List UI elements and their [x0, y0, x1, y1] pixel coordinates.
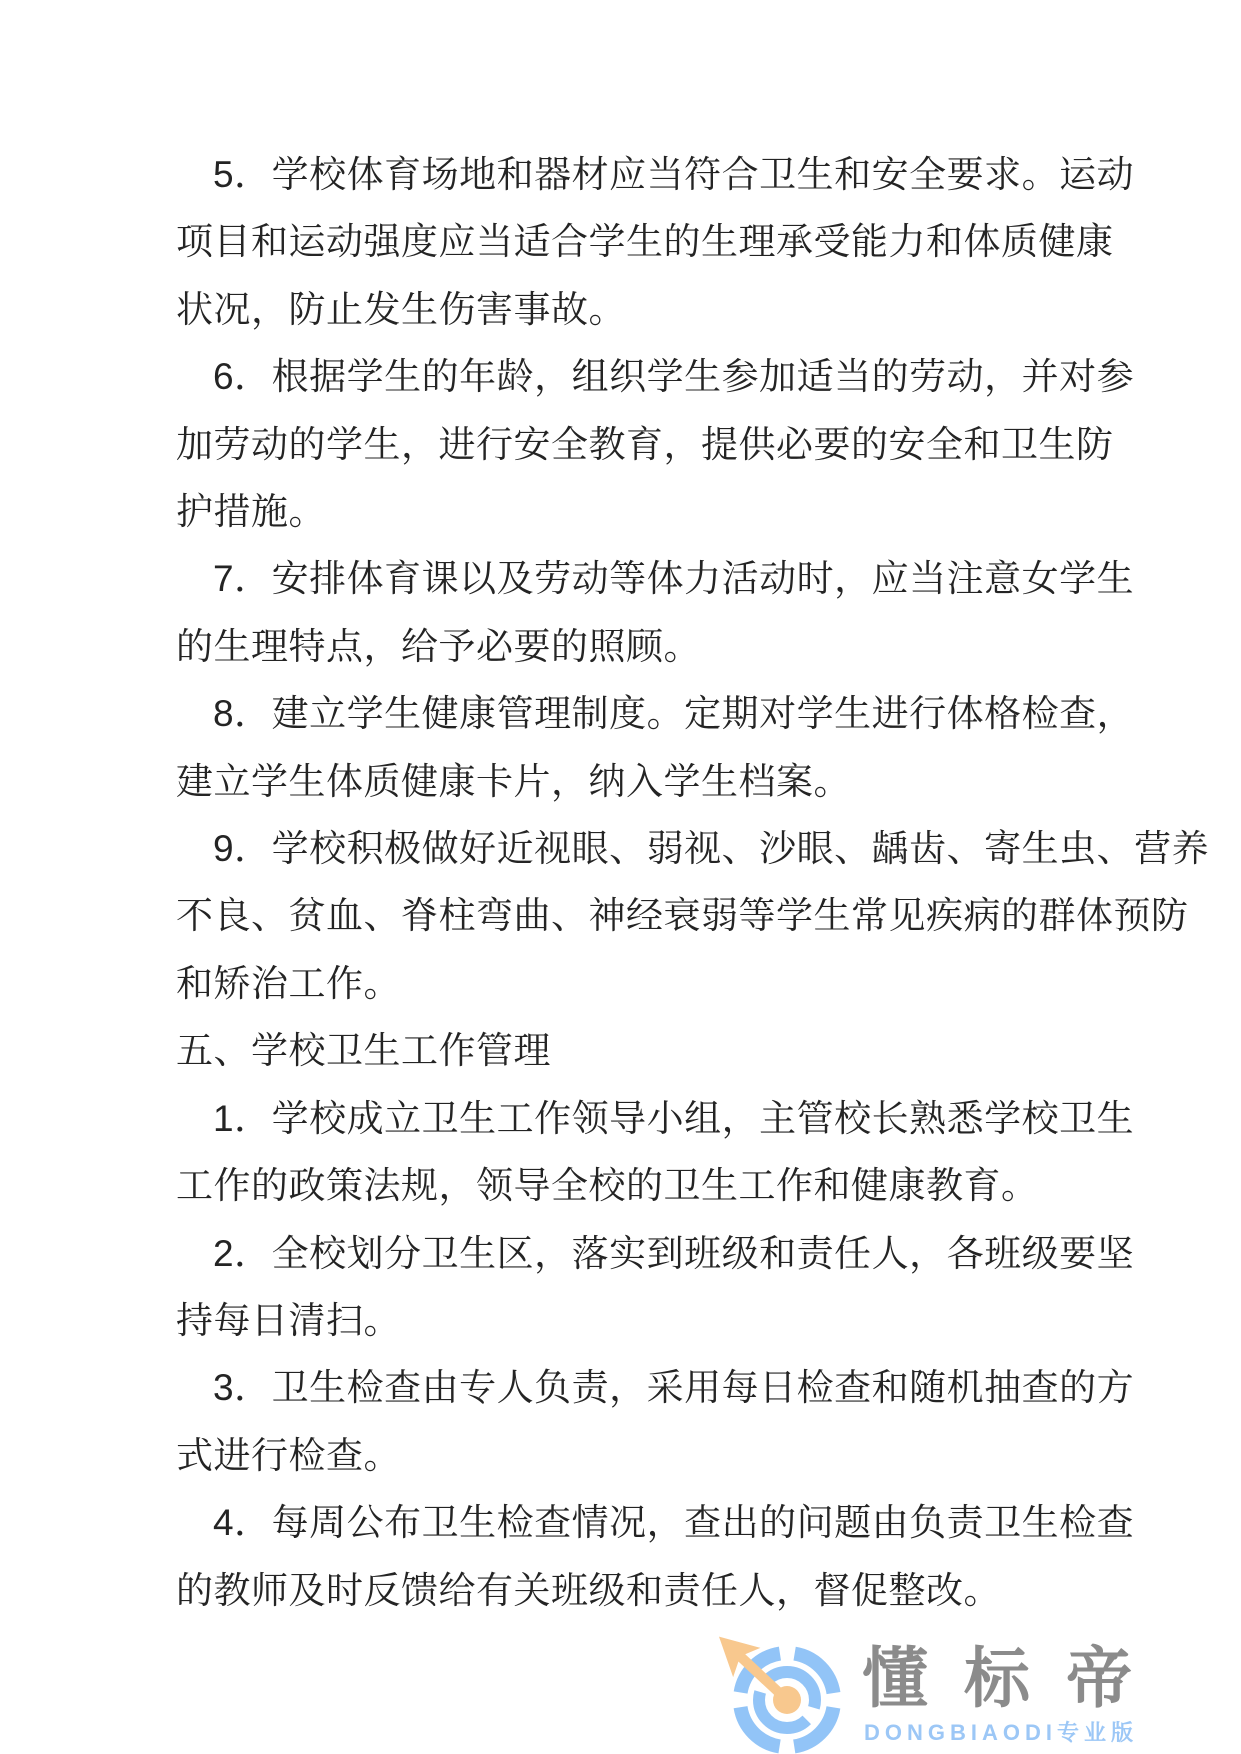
brand-subtitle: DONGBIAODI专业版 [864, 1718, 1138, 1748]
paragraph-line: 式进行检查。 [176, 1422, 1120, 1489]
paragraph-line: 护措施。 [176, 478, 1120, 545]
paragraph-line: 1．学校成立卫生工作领导小组，主管校长熟悉学校卫生 [176, 1085, 1120, 1152]
paragraph: 8．建立学生健康管理制度。定期对学生进行体格检查，建立学生体质健康卡片，纳入学生… [176, 680, 1120, 815]
paragraph-line: 3．卫生检查由专人负责，采用每日检查和随机抽查的方 [176, 1354, 1120, 1421]
paragraph: 6．根据学生的年龄，组织学生参加适当的劳动，并对参加劳动的学生，进行安全教育，提… [176, 343, 1120, 545]
arrow-shape [705, 1622, 800, 1715]
paragraph-line: 不良、贫血、脊柱弯曲、神经衰弱等学生常见疾病的群体预防 [176, 882, 1120, 949]
paragraph-line: 4．每周公布卫生检查情况，查出的问题由负责卫生检查 [176, 1489, 1120, 1556]
paragraph-line: 五、学校卫生工作管理 [176, 1017, 1120, 1084]
paragraph-line: 5．学校体育场地和器材应当符合卫生和安全要求。运动 [176, 141, 1120, 208]
paragraph: 2．全校划分卫生区，落实到班级和责任人，各班级要坚持每日清扫。 [176, 1220, 1120, 1355]
paragraph-line: 8．建立学生健康管理制度。定期对学生进行体格检查， [176, 680, 1120, 747]
paragraph-line: 工作的政策法规，领导全校的卫生工作和健康教育。 [176, 1152, 1120, 1219]
paragraph: 4．每周公布卫生检查情况，查出的问题由负责卫生检查的教师及时反馈给有关班级和责任… [176, 1489, 1120, 1624]
paragraph-line: 7．安排体育课以及劳动等体力活动时，应当注意女学生 [176, 545, 1120, 612]
paragraph-line: 状况，防止发生伤害事故。 [176, 276, 1120, 343]
paragraph: 3．卫生检查由专人负责，采用每日检查和随机抽查的方式进行检查。 [176, 1354, 1120, 1489]
paragraph-line: 持每日清扫。 [176, 1287, 1120, 1354]
paragraph: 9．学校积极做好近视眼、弱视、沙眼、龋齿、寄生虫、营养不良、贫血、脊柱弯曲、神经… [176, 815, 1120, 1017]
paragraph: 7．安排体育课以及劳动等体力活动时，应当注意女学生的生理特点，给予必要的照顾。 [176, 545, 1120, 680]
paragraph-line: 项目和运动强度应当适合学生的生理承受能力和体质健康 [176, 208, 1120, 275]
paragraph-line: 9．学校积极做好近视眼、弱视、沙眼、龋齿、寄生虫、营养 [176, 815, 1120, 882]
section-heading: 五、学校卫生工作管理 [176, 1017, 1120, 1084]
paragraph-line: 2．全校划分卫生区，落实到班级和责任人，各班级要坚 [176, 1220, 1120, 1287]
document-text: 5．学校体育场地和器材应当符合卫生和安全要求。运动项目和运动强度应当适合学生的生… [176, 141, 1120, 1624]
paragraph-line: 建立学生体质健康卡片，纳入学生档案。 [176, 748, 1120, 815]
paragraph: 5．学校体育场地和器材应当符合卫生和安全要求。运动项目和运动强度应当适合学生的生… [176, 141, 1120, 343]
brand-name: 懂标帝 [862, 1642, 1168, 1714]
document-page: 5．学校体育场地和器材应当符合卫生和安全要求。运动项目和运动强度应当适合学生的生… [0, 0, 1241, 1754]
paragraph-line: 的生理特点，给予必要的照顾。 [176, 613, 1120, 680]
paragraph-line: 6．根据学生的年龄，组织学生参加适当的劳动，并对参 [176, 343, 1120, 410]
paragraph-line: 和矫治工作。 [176, 950, 1120, 1017]
paragraph: 1．学校成立卫生工作领导小组，主管校长熟悉学校卫生工作的政策法规，领导全校的卫生… [176, 1085, 1120, 1220]
brand-latin: DONGBIAODI [864, 1720, 1057, 1745]
paragraph-line: 加劳动的学生，进行安全教育，提供必要的安全和卫生防 [176, 411, 1120, 478]
paragraph-line: 的教师及时反馈给有关班级和责任人，督促整改。 [176, 1557, 1120, 1624]
brand-edition: 专业版 [1057, 1720, 1138, 1745]
